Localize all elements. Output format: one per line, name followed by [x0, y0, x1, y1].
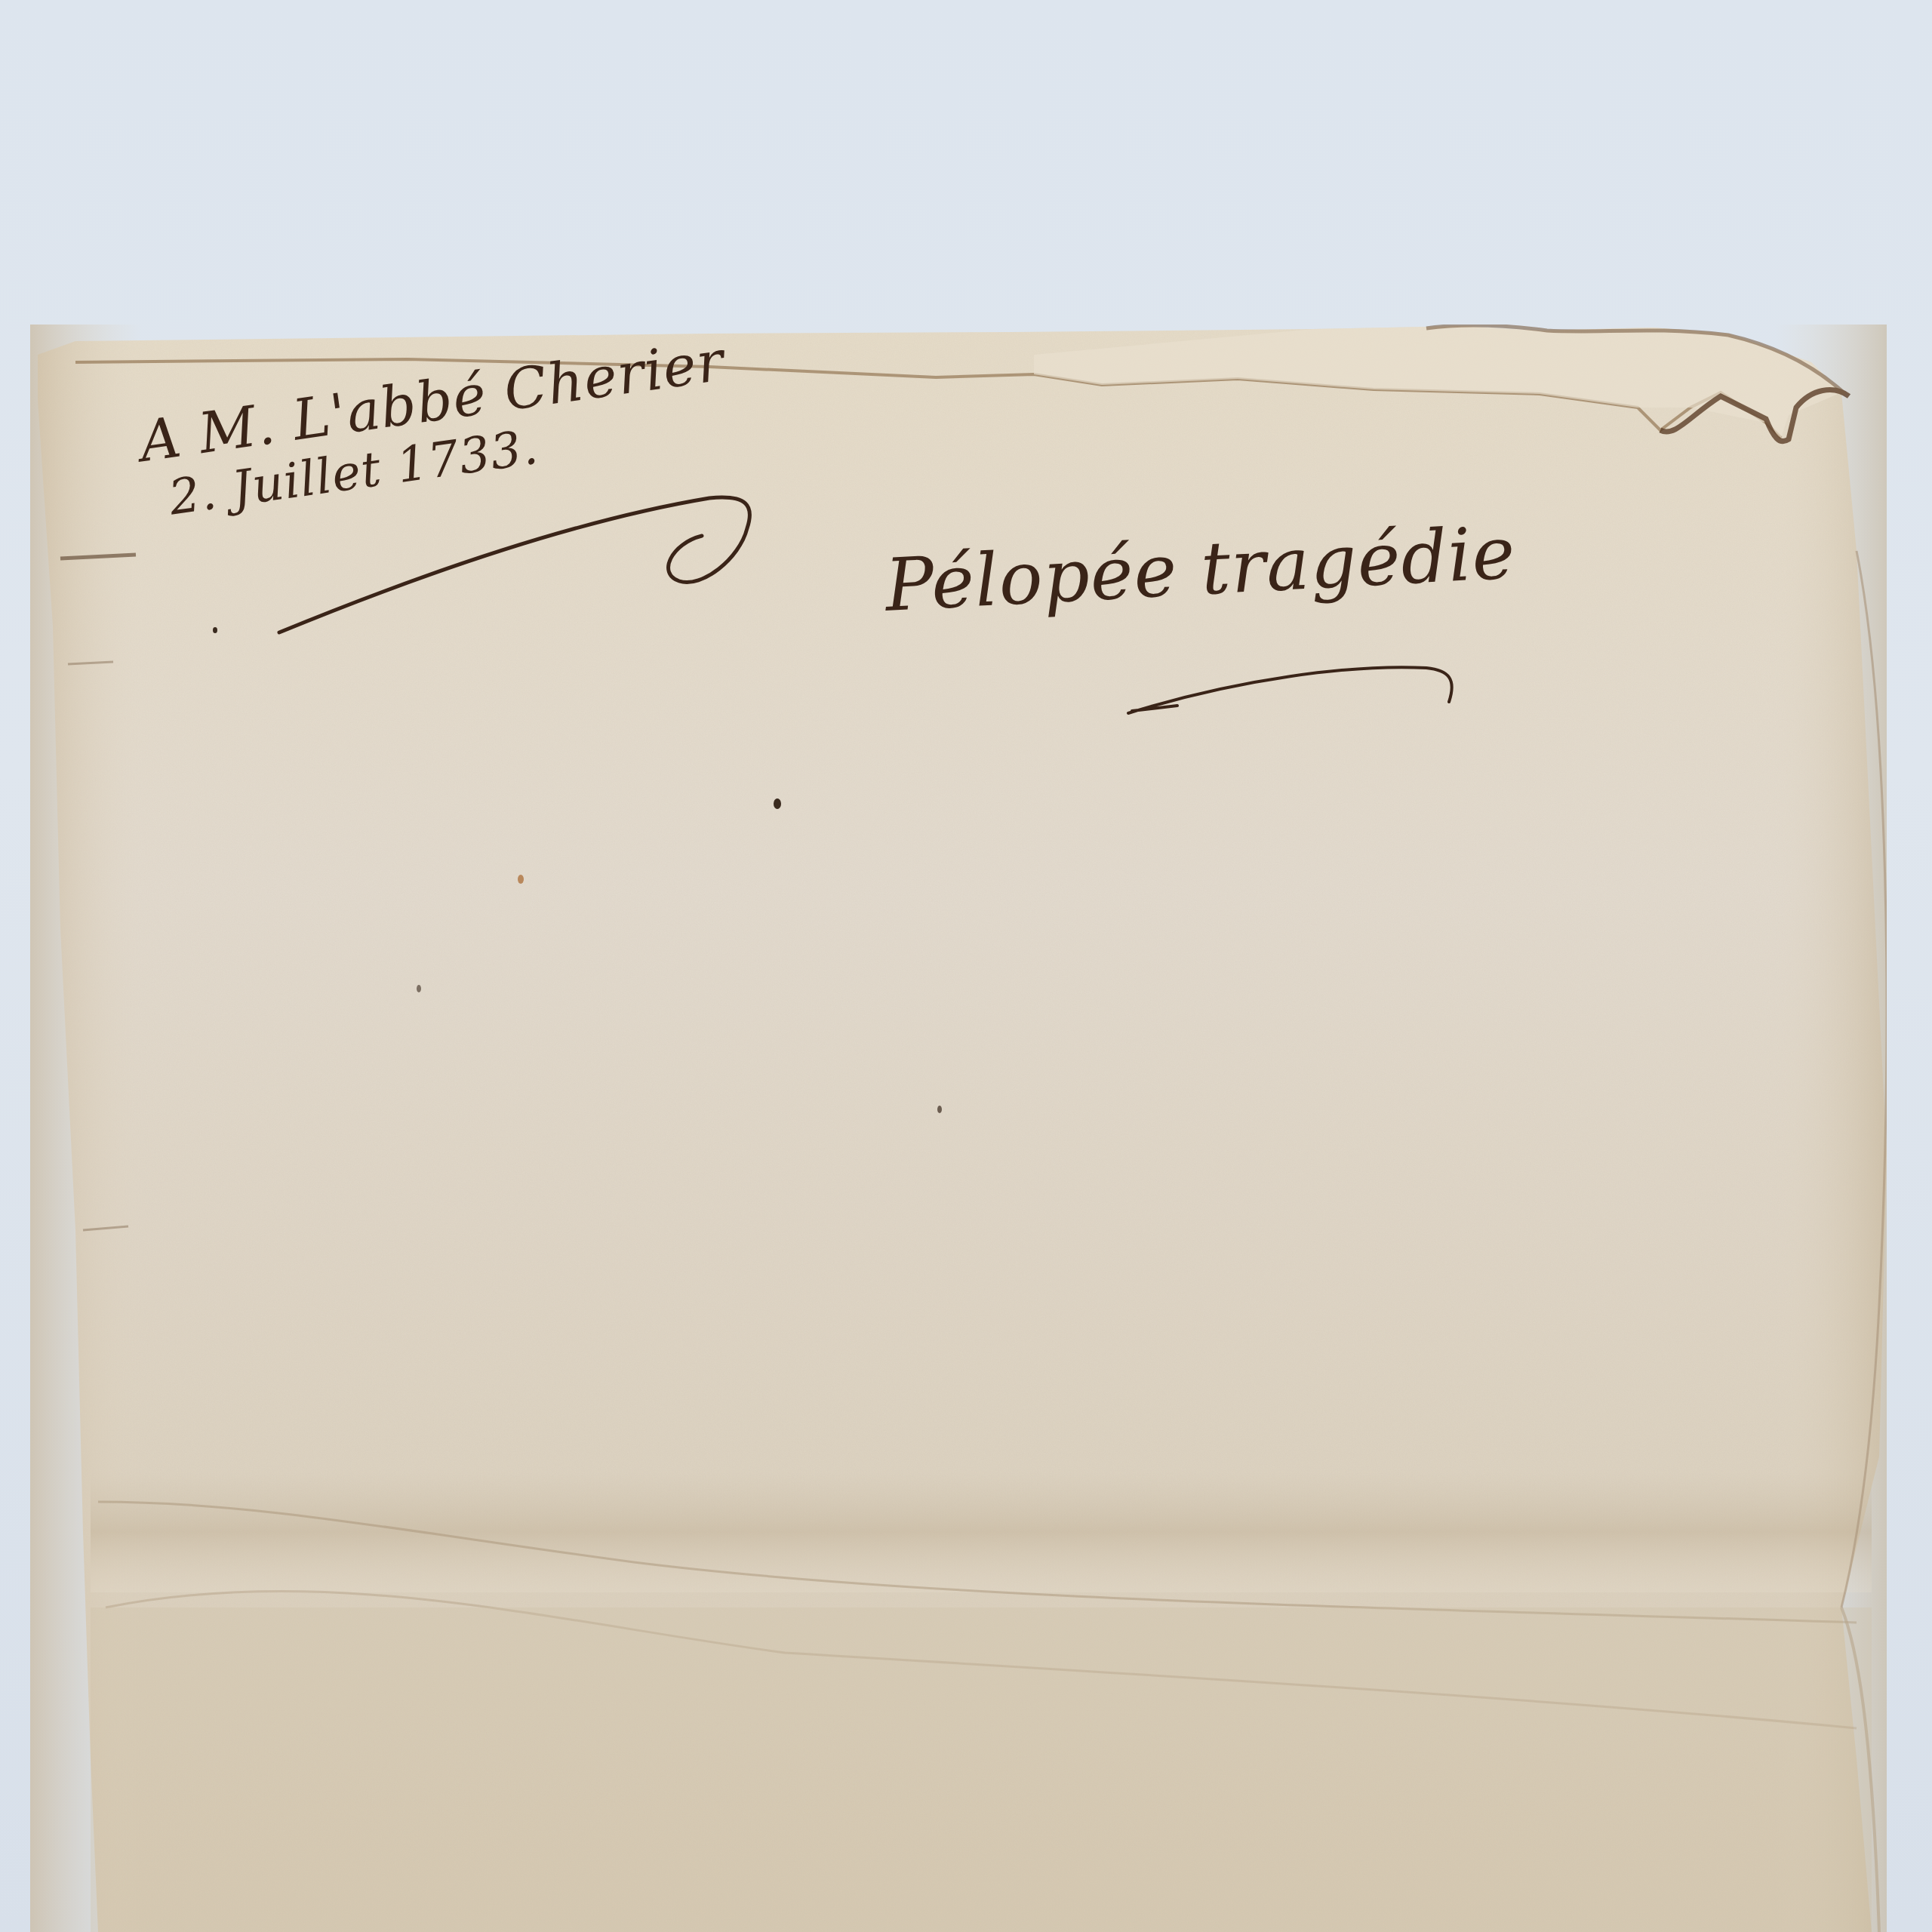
- manuscript-page: A M. L'abbé Cherier 2. Juillet 1733. Pél…: [30, 325, 1887, 1932]
- photo-scene: A M. L'abbé Cherier 2. Juillet 1733. Pél…: [0, 0, 1932, 1932]
